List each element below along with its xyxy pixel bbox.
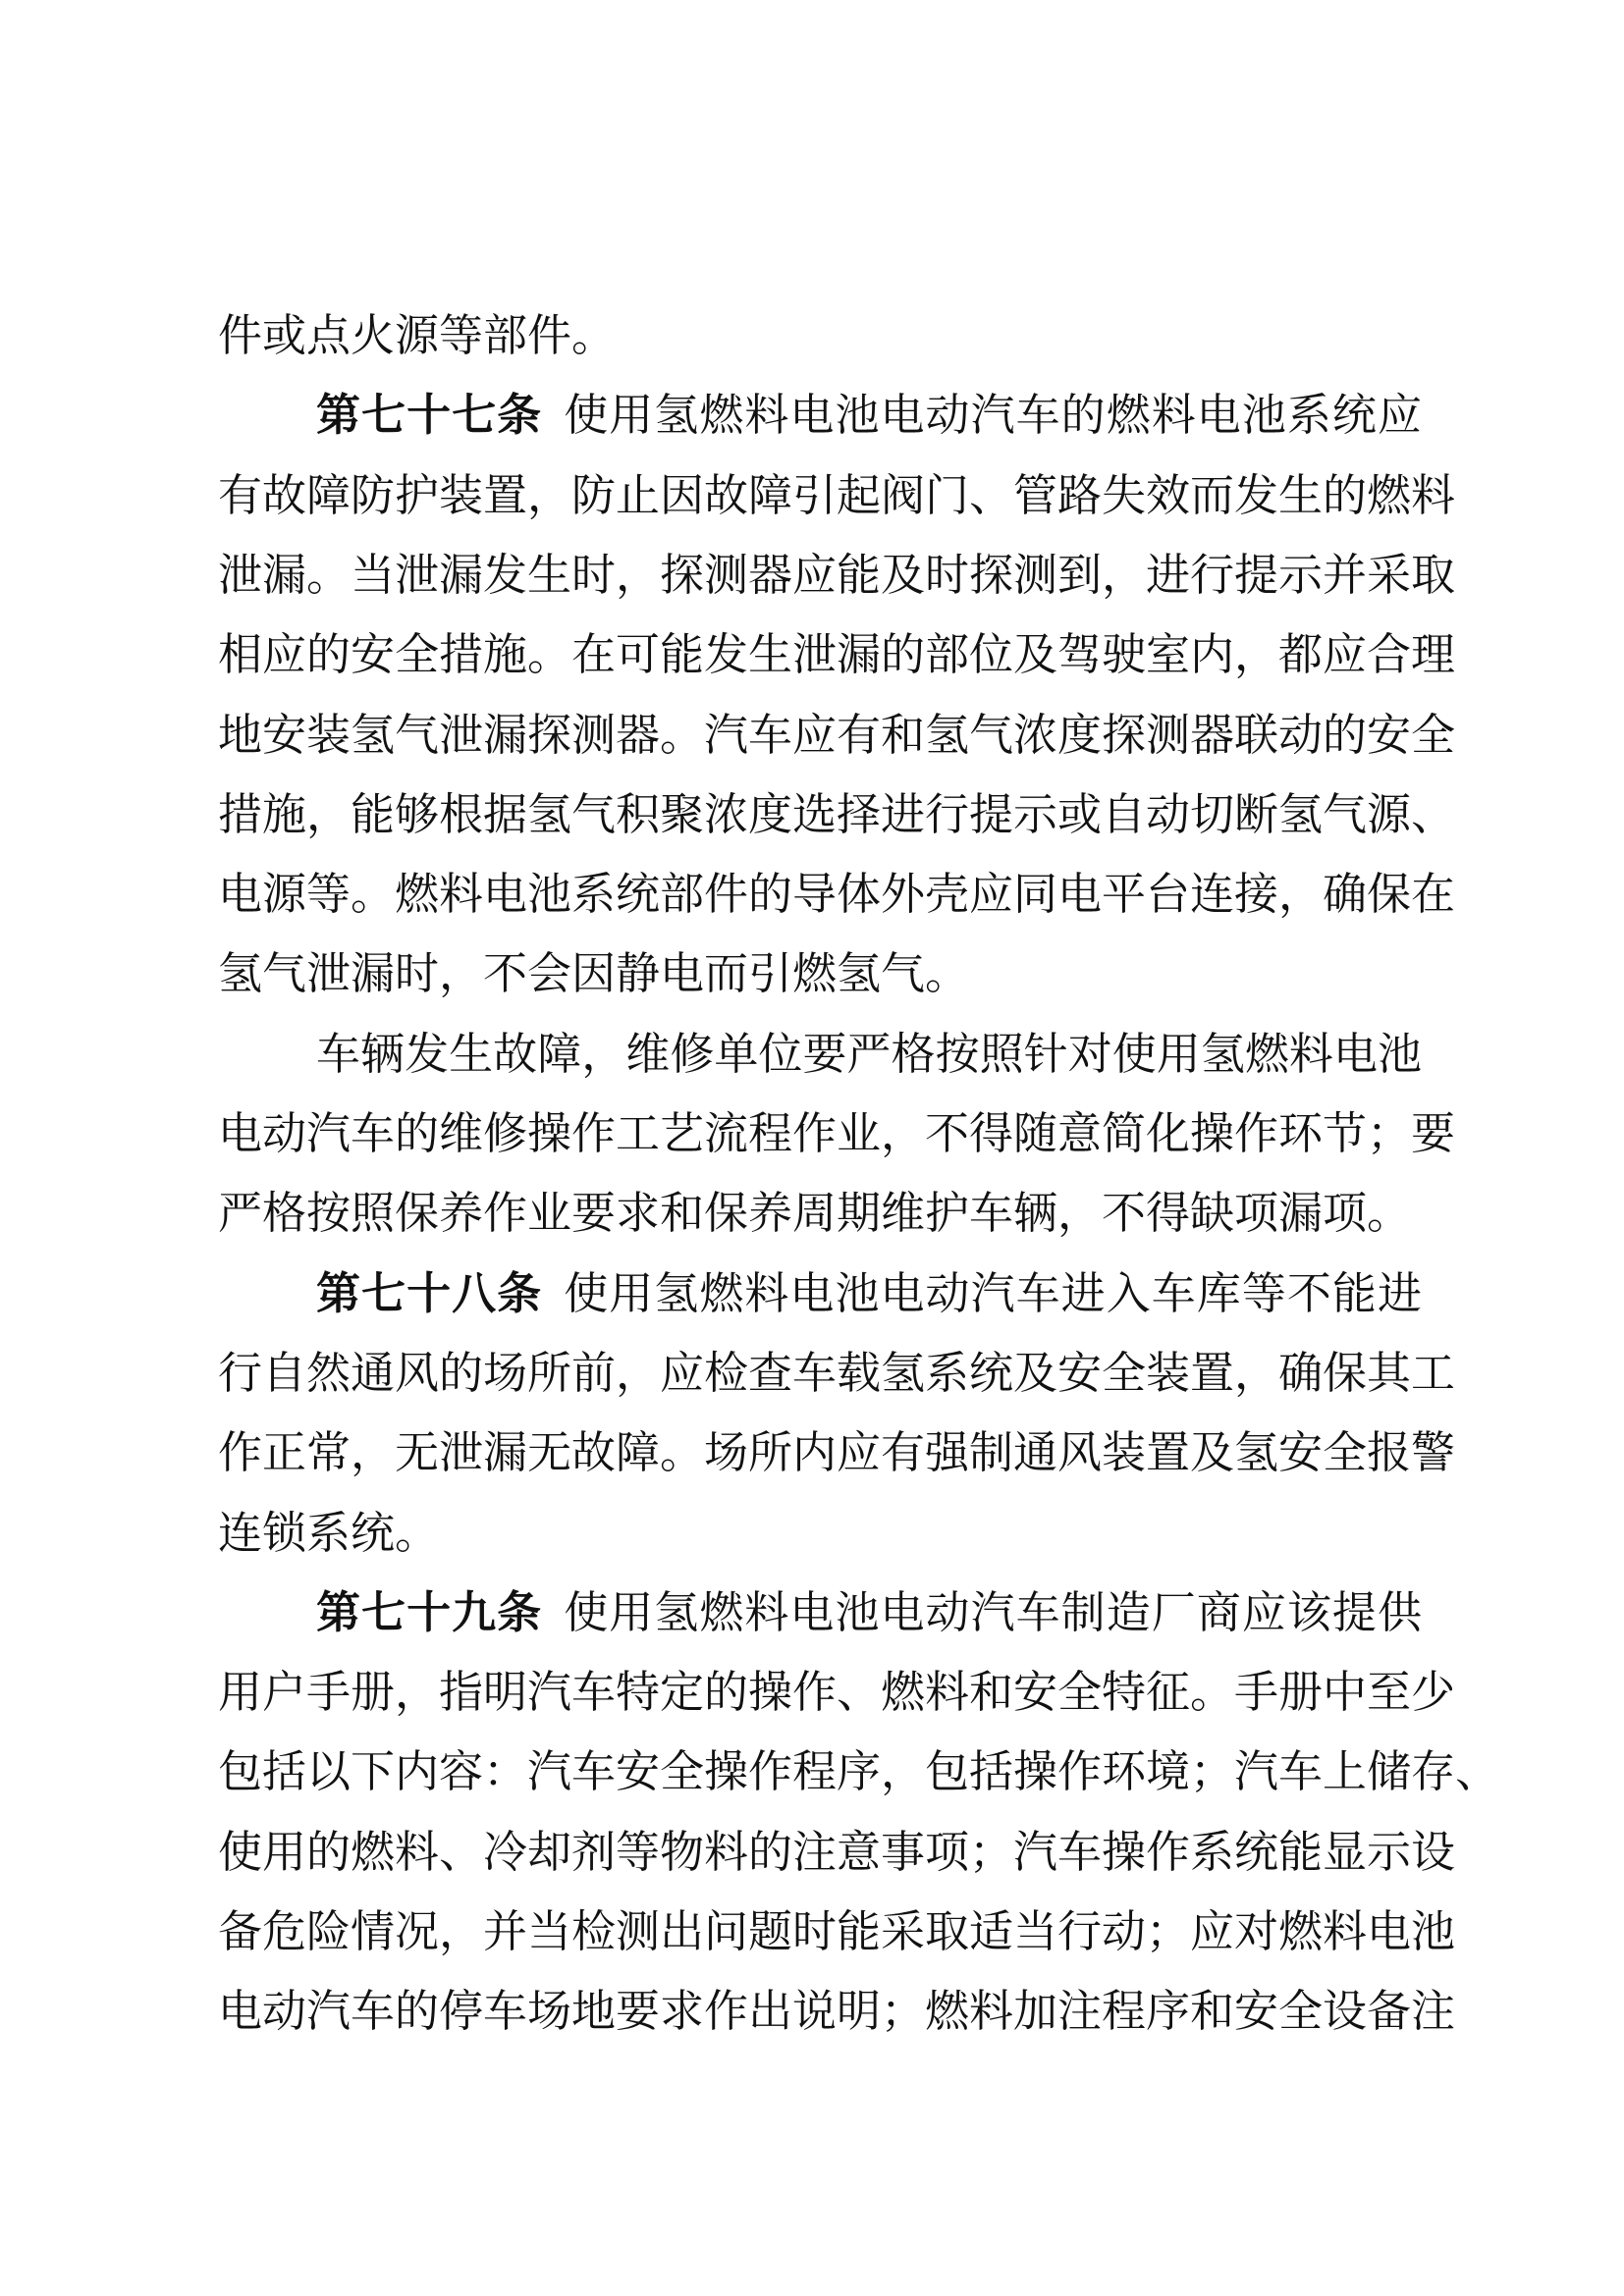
text-line: 地安装氢气泄漏探测器。汽车应有和氢气浓度探测器联动的安全 (218, 695, 1422, 775)
text-line: 严格按照保养作业要求和保养周期维护车辆，不得缺项漏项。 (218, 1173, 1422, 1254)
article-77-first-line: 第七十七条使用氢燃料电池电动汽车的燃料电池系统应 (316, 375, 1422, 455)
line-text: 电动汽车的维修操作工艺流程作业，不得随意简化操作环节；要 (218, 1107, 1455, 1159)
line-text: 措施，能够根据氢气积聚浓度选择进行提示或自动切断氢气源、 (218, 788, 1455, 840)
text-line: 作正常，无泄漏无故障。场所内应有强制通风装置及氢安全报警 (218, 1413, 1422, 1493)
line-text: 用户手册，指明汽车特定的操作、燃料和安全特征。手册中至少 (218, 1666, 1455, 1718)
text-line: 包括以下内容：汽车安全操作程序，包括操作环境；汽车上储存、 (218, 1732, 1422, 1812)
line-text: 相应的安全措施。在可能发生泄漏的部位及驾驶室内，都应合理 (218, 628, 1455, 680)
text-line: 用户手册，指明汽车特定的操作、燃料和安全特征。手册中至少 (218, 1652, 1422, 1733)
line-text: 行自然通风的场所前，应检查车载氢系统及安全装置，确保其工 (218, 1347, 1455, 1399)
line-text: 使用氢燃料电池电动汽车进入车库等不能进 (564, 1267, 1422, 1319)
line-text: 使用的燃料、冷却剂等物料的注意事项；汽车操作系统能显示设 (218, 1826, 1455, 1878)
text-line: 件或点火源等部件。 (218, 295, 1422, 376)
text-line: 电动汽车的维修操作工艺流程作业，不得随意简化操作环节；要 (218, 1094, 1422, 1174)
line-text: 使用氢燃料电池电动汽车的燃料电池系统应 (564, 389, 1422, 441)
line-text: 电源等。燃料电池系统部件的导体外壳应同电平台连接，确保在 (218, 868, 1455, 920)
text-line: 电源等。燃料电池系统部件的导体外壳应同电平台连接，确保在 (218, 854, 1422, 934)
article-heading-78: 第七十八条 (316, 1267, 542, 1319)
line-text: 严格按照保养作业要求和保养周期维护车辆，不得缺项漏项。 (218, 1187, 1411, 1239)
line-text: 车辆发生故障，维修单位要严格按照针对使用氢燃料电池 (316, 1028, 1422, 1080)
document-page: 件或点火源等部件。 第七十七条使用氢燃料电池电动汽车的燃料电池系统应 有故障防护… (0, 0, 1624, 2296)
text-line: 氢气泄漏时，不会因静电而引燃氢气。 (218, 934, 1422, 1014)
text-line: 行自然通风的场所前，应检查车载氢系统及安全装置，确保其工 (218, 1333, 1422, 1414)
line-text: 使用氢燃料电池电动汽车制造厂商应该提供 (564, 1586, 1422, 1638)
line-text: 地安装氢气泄漏探测器。汽车应有和氢气浓度探测器联动的安全 (218, 709, 1455, 761)
line-text: 连锁系统。 (218, 1507, 439, 1559)
text-line: 备危险情况，并当检测出问题时能采取适当行动；应对燃料电池 (218, 1892, 1422, 1972)
text-line: 有故障防护装置，防止因故障引起阀门、管路失效而发生的燃料 (218, 455, 1422, 536)
article-79-first-line: 第七十九条使用氢燃料电池电动汽车制造厂商应该提供 (316, 1573, 1422, 1653)
text-line: 使用的燃料、冷却剂等物料的注意事项；汽车操作系统能显示设 (218, 1812, 1422, 1893)
text-line: 措施，能够根据氢气积聚浓度选择进行提示或自动切断氢气源、 (218, 774, 1422, 855)
line-text: 有故障防护装置，防止因故障引起阀门、管路失效而发生的燃料 (218, 469, 1455, 521)
line-text: 备危险情况，并当检测出问题时能采取适当行动；应对燃料电池 (218, 1905, 1455, 1957)
line-text: 氢气泄漏时，不会因静电而引燃氢气。 (218, 947, 969, 999)
text-line: 连锁系统。 (218, 1493, 1422, 1574)
line-text: 泄漏。当泄漏发生时，探测器应能及时探测到，进行提示并采取 (218, 549, 1455, 601)
article-78-first-line: 第七十八条使用氢燃料电池电动汽车进入车库等不能进 (316, 1254, 1422, 1334)
article-heading-79: 第七十九条 (316, 1586, 542, 1638)
line-text: 件或点火源等部件。 (218, 309, 616, 361)
line-text: 包括以下内容：汽车安全操作程序，包括操作环境；汽车上储存、 (218, 1745, 1499, 1797)
line-text: 电动汽车的停车场地要求作出说明；燃料加注程序和安全设备注 (218, 1985, 1455, 2037)
text-line: 相应的安全措施。在可能发生泄漏的部位及驾驶室内，都应合理 (218, 614, 1422, 695)
article-heading-77: 第七十七条 (316, 389, 542, 441)
text-line: 泄漏。当泄漏发生时，探测器应能及时探测到，进行提示并采取 (218, 535, 1422, 615)
line-text: 作正常，无泄漏无故障。场所内应有强制通风装置及氢安全报警 (218, 1426, 1455, 1478)
paragraph-first-line: 车辆发生故障，维修单位要严格按照针对使用氢燃料电池 (316, 1014, 1422, 1095)
text-line: 电动汽车的停车场地要求作出说明；燃料加注程序和安全设备注 (218, 1971, 1422, 2052)
